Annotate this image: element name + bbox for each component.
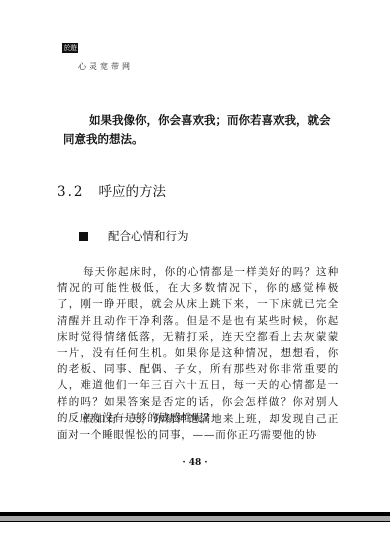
section-title: 呼应的方法 xyxy=(98,184,166,200)
section-heading: 3.2呼应的方法 xyxy=(57,180,166,200)
header-badge: 於遊 xyxy=(62,43,78,53)
epigraph-quote: 如果我像你，你会喜欢我；而你若喜欢我，就会同意我的想法。 xyxy=(63,111,339,149)
site-name: 心灵宽带网 xyxy=(78,61,133,72)
body-paragraph: 假如有一天，你精神饱满地来上班，却发现自己正面对一个睡眼惺忪的同事，——而你正巧… xyxy=(57,411,339,443)
subsection-title: 配合心情和行为 xyxy=(108,228,189,244)
square-bullet-icon xyxy=(79,232,88,241)
footer-rule xyxy=(0,521,390,522)
body-paragraph: 每天你起床时，你的心情都是一样美好的吗？这种情况的可能性极低，在大多数情况下，你… xyxy=(57,264,339,426)
subsection-heading: 配合心情和行为 xyxy=(79,228,189,244)
section-number: 3.2 xyxy=(57,184,84,200)
page-number: · 48 · xyxy=(0,458,390,468)
